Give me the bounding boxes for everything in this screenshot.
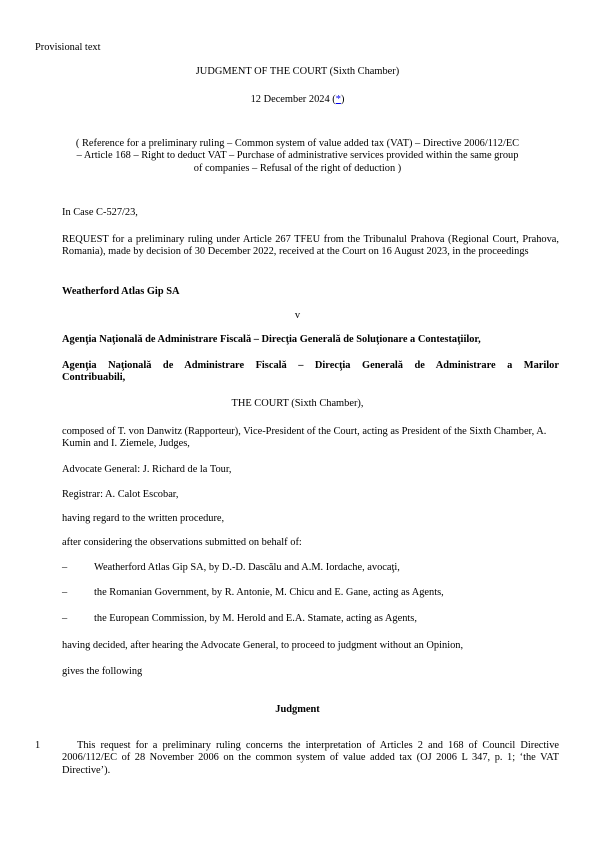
applicant: Weatherford Atlas Gip SA bbox=[62, 286, 559, 298]
defendant-1: Agenţia Naţională de Administrare Fiscal… bbox=[62, 334, 559, 346]
list-dash: – bbox=[62, 587, 67, 599]
request-text: REQUEST for a preliminary ruling under A… bbox=[62, 234, 559, 259]
gives-following: gives the following bbox=[62, 666, 559, 678]
date-text: 12 December 2024 bbox=[251, 94, 330, 105]
defendant-2: Agenţia Naţională de Administrare Fiscal… bbox=[62, 360, 559, 385]
list-dash: – bbox=[62, 562, 67, 574]
judgment-heading: Judgment bbox=[0, 704, 595, 716]
composition: composed of T. von Danwitz (Rapporteur),… bbox=[62, 426, 559, 451]
judgment-title: JUDGMENT OF THE COURT (Sixth Chamber) bbox=[0, 66, 595, 78]
court-heading: THE COURT (Sixth Chamber), bbox=[0, 398, 595, 410]
decided: having decided, after hearing the Advoca… bbox=[62, 640, 559, 652]
judgment-date: 12 December 2024 (*) bbox=[0, 94, 595, 106]
list-item-text: the European Commission, by M. Herold an… bbox=[94, 613, 417, 625]
footnote-close: ) bbox=[341, 94, 344, 105]
list-dash: – bbox=[62, 613, 67, 625]
paragraph-number: 1 bbox=[35, 740, 40, 752]
list-item-text: the Romanian Government, by R. Antonie, … bbox=[94, 587, 444, 599]
keywords: ( Reference for a preliminary ruling – C… bbox=[75, 138, 520, 175]
provisional-label: Provisional text bbox=[35, 42, 101, 54]
registrar: Registrar: A. Calot Escobar, bbox=[62, 489, 559, 501]
observations-intro: after considering the observations submi… bbox=[62, 537, 559, 549]
case-number: In Case C‑527/23, bbox=[62, 207, 559, 219]
versus: v bbox=[0, 310, 595, 322]
advocate-general: Advocate General: J. Richard de la Tour, bbox=[62, 464, 559, 476]
list-item-text: Weatherford Atlas Gip SA, by D.‑D. Dască… bbox=[94, 562, 400, 574]
written-procedure: having regard to the written procedure, bbox=[62, 513, 559, 525]
paragraph-text: This request for a preliminary ruling co… bbox=[62, 740, 559, 777]
